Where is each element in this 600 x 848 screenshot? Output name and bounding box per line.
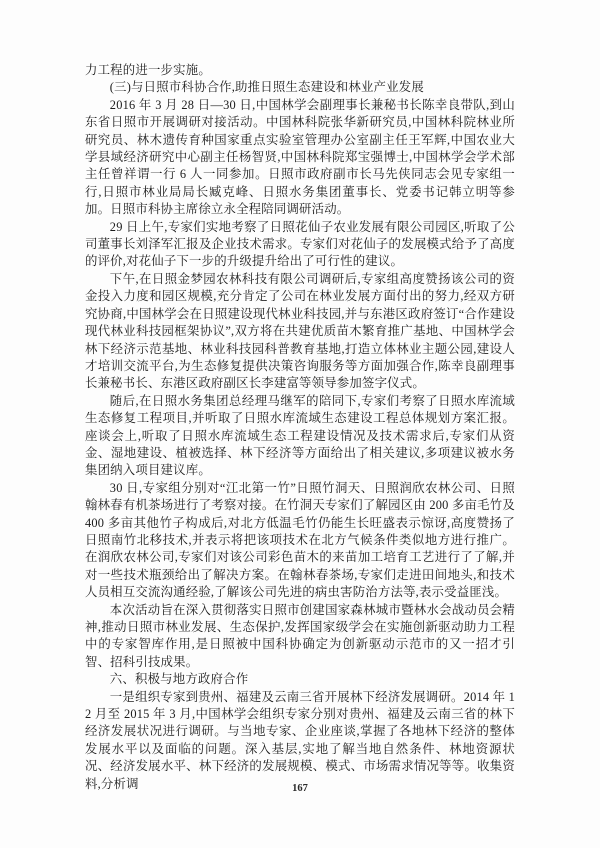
paragraph: 一是组织专家到贵州、福建及云南三省开展林下经济发展调研。2014 年 12 月至…: [85, 689, 515, 793]
paragraph: 29 日上午,专家们实地考察了日照花仙子农业发展有限公司园区,听取了公司董事长刘…: [85, 219, 515, 271]
page-number: 167: [0, 783, 600, 794]
paragraph: 2016 年 3 月 28 日—30 日,中国林学会副理事长兼秘书长陈幸良带队,…: [85, 97, 515, 219]
section-heading: (三)与日照市科协合作,助推日照生态建设和林业产业发展: [85, 79, 515, 96]
paragraph: 随后,在日照水务集团总经理马继军的陪同下,专家们考察了日照水库流域生态修复工程项…: [85, 393, 515, 480]
section-heading: 六、积极与地方政府合作: [85, 671, 515, 688]
paragraph: 下午,在日照金梦园农林科技有限公司调研后,专家组高度赞扬该公司的资金投入力度和园…: [85, 271, 515, 393]
paragraph: 本次活动旨在深入贯彻落实日照市创建国家森林城市暨林水会战动员会精神,推动日照市林…: [85, 602, 515, 672]
paragraph: 30 日,专家组分别对“江北第一竹”日照竹洞天、日照润欣农林公司、日照翰林春有机…: [85, 480, 515, 602]
document-page: 力工程的进一步实施。(三)与日照市科协合作,助推日照生态建设和林业产业发展201…: [0, 0, 600, 848]
paragraph: 力工程的进一步实施。: [85, 62, 515, 79]
document-body: 力工程的进一步实施。(三)与日照市科协合作,助推日照生态建设和林业产业发展201…: [85, 62, 515, 793]
